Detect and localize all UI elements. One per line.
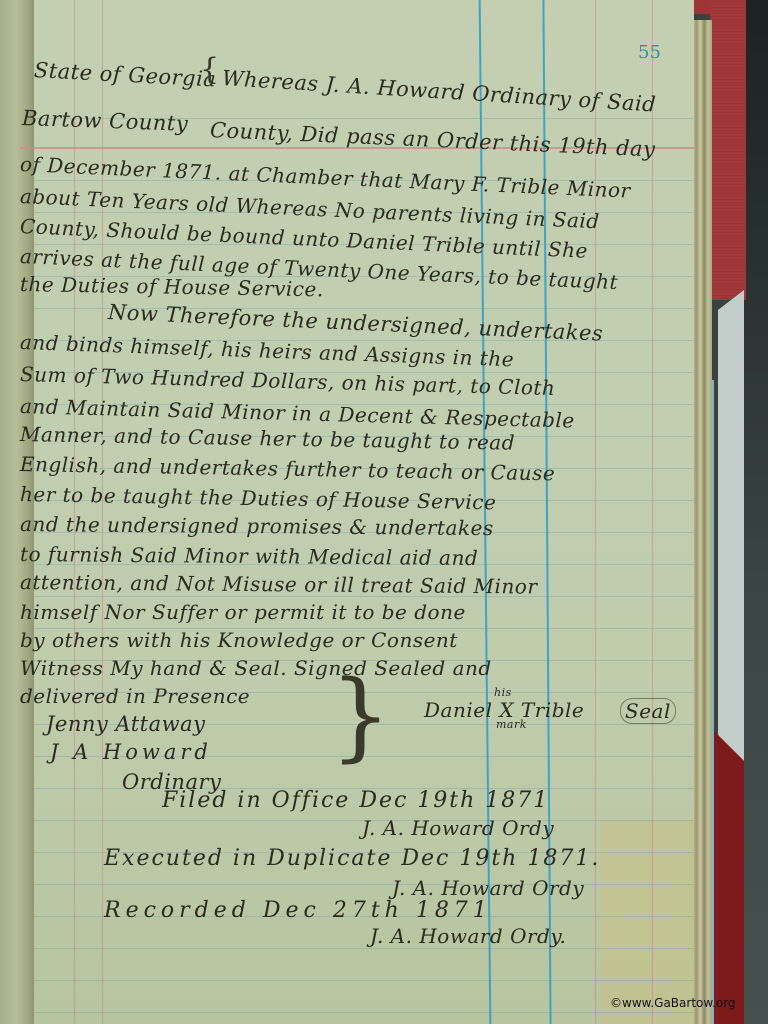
text-line-20: Witness My hand & Seal. Signed Sealed an… [20,656,492,680]
book-binding-cloth [718,290,744,790]
text-line-15: and the undersigned promises & undertake… [20,512,494,540]
text-line-2: County, Did pass an Order this 19th day [209,118,655,161]
text-line-21: delivered in Presence [20,684,250,708]
text-line-16: to furnish Said Minor with Medical aid a… [20,542,478,570]
text-line-13: English, and undertakes further to teach… [20,452,556,485]
header-county: Bartow County [22,106,189,136]
paper-stain [600,820,694,1024]
signature-brace: } [330,668,391,764]
witness-1-signature: Jenny Attaway [46,712,206,736]
text-line-14: her to be taught the Duties of House Ser… [20,482,497,514]
brace-decoration: { [200,52,219,87]
page-number: 55 [638,42,661,63]
text-line-17: attention, and Not Misuse or ill treat S… [20,570,538,599]
recorded-signature: J. A. Howard Ordy. [370,924,566,948]
filed-in-office: Filed in Office Dec 19th 1871 [162,788,549,813]
filed-signature: J. A. Howard Ordy [362,816,554,840]
text-line-7: the Duties of House Service. [20,272,324,301]
executed-signature: J. A. Howard Ordy [392,876,584,900]
witness-2-signature: J A Howard [50,740,212,764]
copyright-watermark: ©www.GaBartow.org [610,996,736,1010]
seal-mark: Seal [620,698,676,724]
text-line-19: by others with his Knowledge or Consent [20,628,458,652]
mark-note-mark: mark [496,718,527,731]
ledger-page: 55 State of Georgia { Bartow County Wher… [0,0,694,1024]
recorded-date: Recorded Dec 27th 1871 [104,898,492,923]
book-cover-red [710,0,746,300]
header-state: State of Georgia [33,58,217,92]
text-line-1: Whereas J. A. Howard Ordinary of Said [221,66,657,117]
executed-in-duplicate: Executed in Duplicate Dec 19th 1871. [104,846,600,871]
text-line-18: himself Nor Suffer or permit it to be do… [20,600,466,624]
